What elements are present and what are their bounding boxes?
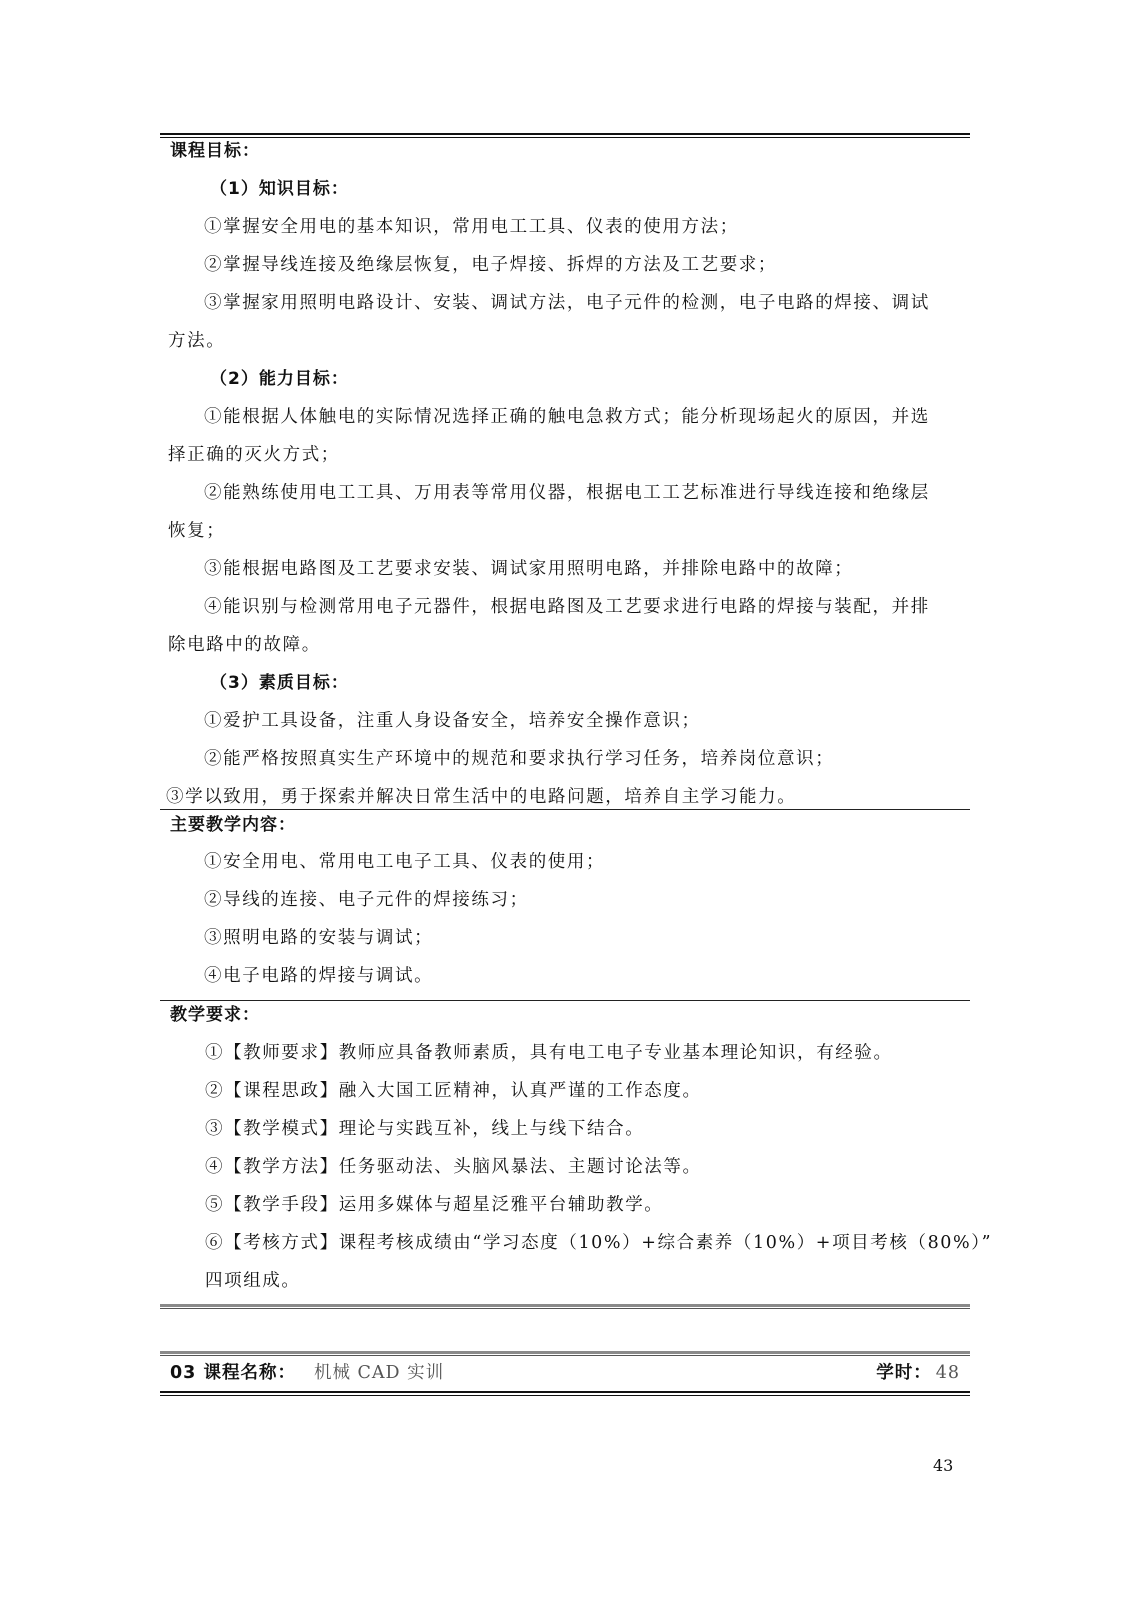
document-page: 课程目标： （1）知识目标： ①掌握安全用电的基本知识，常用电工工具、仪表的使用… [0,0,1131,1600]
course-name-value: 机械 CAD 实训 [314,1363,444,1383]
table-bottom-rule [160,1304,970,1309]
ability-item-2-cont: 恢复； [168,520,225,542]
quality-item-1: ①爱护工具设备，注重人身设备安全，培养安全操作意识； [204,710,701,732]
course-hours: 学时：48 [876,1359,960,1384]
course-name-label: 03 课程名称： [170,1363,296,1383]
ability-item-3: ③能根据电路图及工艺要求安装、调试家用照明电路，并排除电路中的故障； [204,558,853,580]
ability-item-1-cont: 择正确的灭火方式； [168,444,340,466]
knowledge-item-3: ③掌握家用照明电路设计、安装、调试方法，电子元件的检测，电子电路的焊接、调试 [204,292,930,314]
ability-item-4-cont: 除电路中的故障。 [168,634,321,656]
quality-objectives-title: （3）素质目标： [210,672,349,694]
requirement-item-6: ⑥【考核方式】课程考核成绩由“学习态度（10%）+综合素养（10%）+项目考核（… [205,1232,992,1254]
ability-objectives-title: （2）能力目标： [210,368,349,390]
section-divider [160,809,970,810]
course-objectives-heading: 课程目标： [170,140,260,162]
hours-label: 学时： [876,1363,932,1383]
main-content-heading: 主要教学内容： [170,814,296,836]
knowledge-objectives-title: （1）知识目标： [210,178,349,200]
content-item-4: ④电子电路的焊接与调试。 [204,965,433,987]
knowledge-item-3-cont: 方法。 [168,330,225,352]
top-double-rule [160,133,970,138]
requirement-item-3: ③【教学模式】理论与实践互补，线上与线下结合。 [205,1118,644,1140]
ability-item-2: ②能熟练使用电工工具、万用表等常用仪器，根据电工工艺标准进行导线连接和绝缘层 [204,482,930,504]
knowledge-item-2: ②掌握导线连接及绝缘层恢复，电子焊接、拆焊的方法及工艺要求； [204,254,777,276]
quality-item-3: ③学以致用，勇于探索并解决日常生活中的电路问题，培养自主学习能力。 [166,786,796,808]
teaching-requirements-heading: 教学要求： [170,1004,260,1026]
requirement-item-5: ⑤【教学手段】运用多媒体与超星泛雅平台辅助教学。 [205,1194,663,1216]
page-number: 43 [933,1456,953,1475]
requirement-item-1: ①【教师要求】教师应具备教师素质，具有电工电子专业基本理论知识，有经验。 [205,1042,893,1064]
requirement-item-6-cont: 四项组成。 [205,1270,301,1292]
content-item-3: ③照明电路的安装与调试； [204,927,433,949]
requirement-item-2: ②【课程思政】融入大国工匠精神，认真严谨的工作态度。 [205,1080,702,1102]
requirement-item-4: ④【教学方法】任务驱动法、头脑风暴法、主题讨论法等。 [205,1156,702,1178]
hours-value: 48 [936,1363,960,1383]
content-item-1: ①安全用电、常用电工电子工具、仪表的使用； [204,851,605,873]
next-course-top-rule [160,1351,970,1356]
ability-item-1: ①能根据人体触电的实际情况选择正确的触电急救方式；能分析现场起火的原因，并选 [204,406,930,428]
ability-item-4: ④能识别与检测常用电子元器件，根据电路图及工艺要求进行电路的焊接与装配，并排 [204,596,930,618]
next-course-bottom-rule [160,1391,970,1396]
content-item-2: ②导线的连接、电子元件的焊接练习； [204,889,529,911]
quality-item-2: ②能严格按照真实生产环境中的规范和要求执行学习任务，培养岗位意识； [204,748,834,770]
knowledge-item-1: ①掌握安全用电的基本知识，常用电工工具、仪表的使用方法； [204,216,739,238]
section-divider [160,1000,970,1001]
next-course-header: 03 课程名称：机械 CAD 实训 学时：48 [170,1359,960,1385]
